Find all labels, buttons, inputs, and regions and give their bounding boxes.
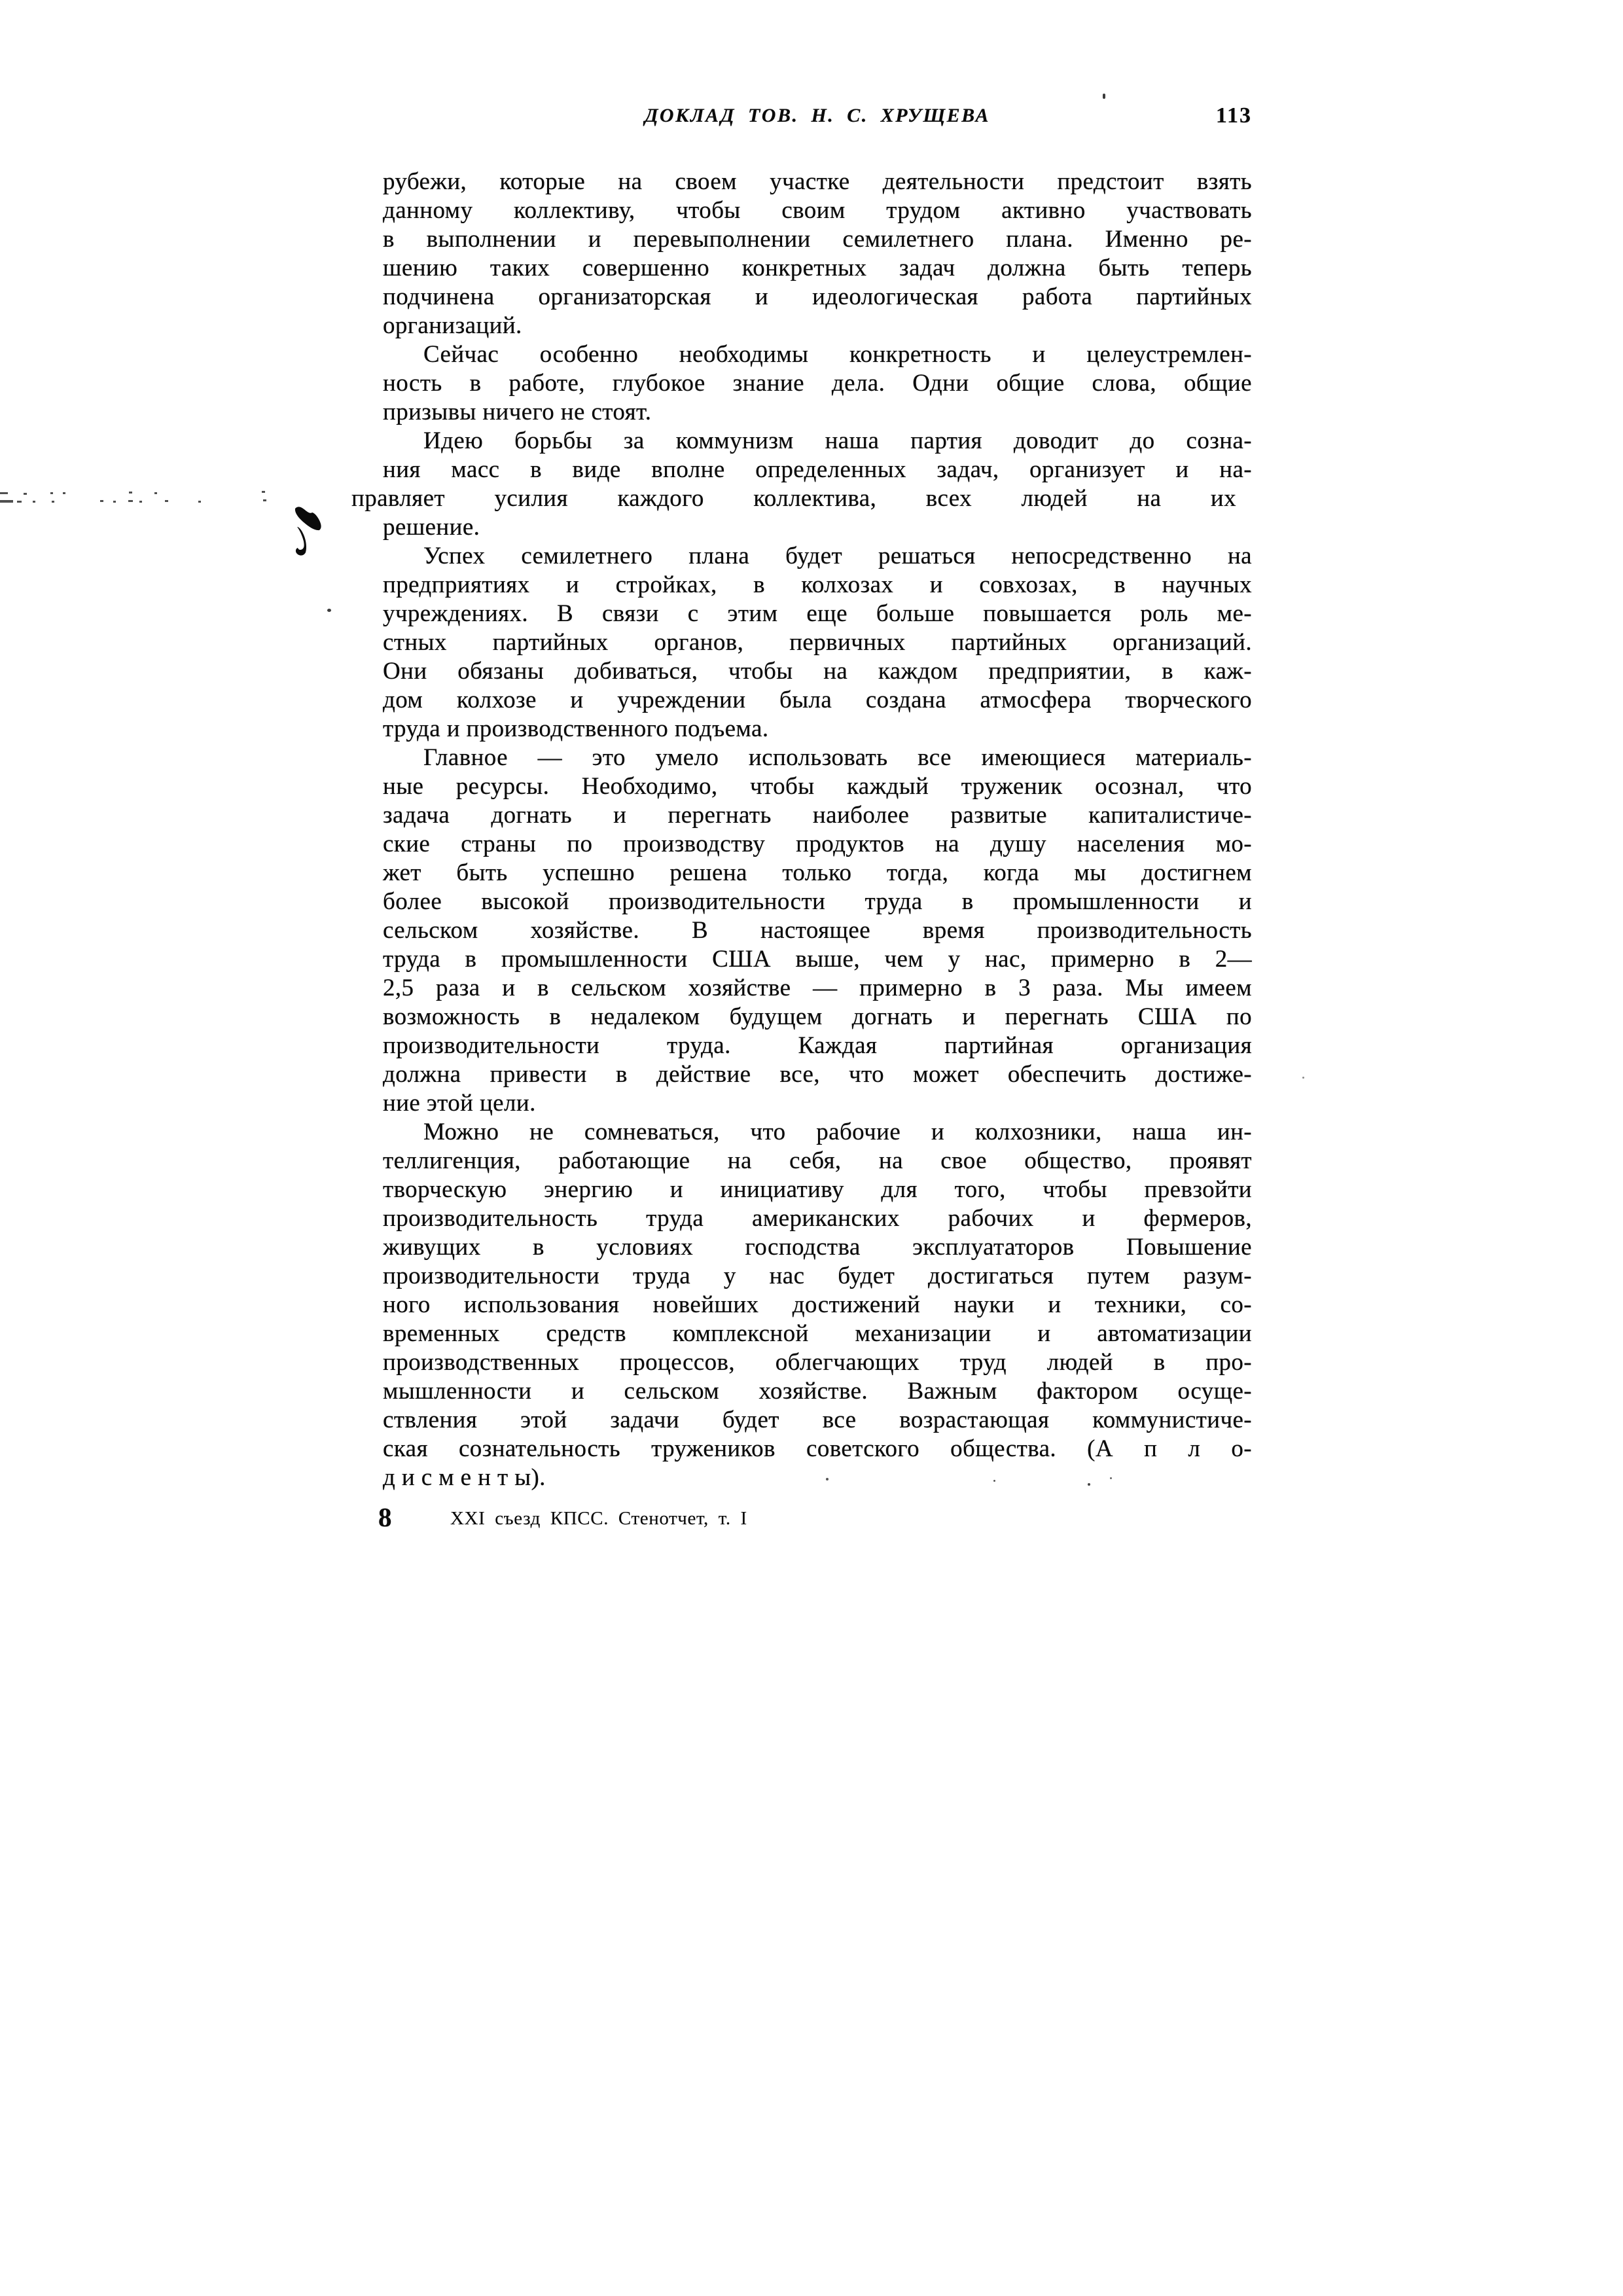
footer: 8 XXI съезд КПСС. Стенотчет, т. I [378,1501,1249,1538]
scan-speck [1088,1483,1090,1486]
text-line: временных средств комплексной механизаци… [383,1319,1252,1348]
text-line: рубежи, которые на своем участке деятель… [383,168,1252,196]
scan-speck [826,1478,829,1480]
text-line: предприятиях и стройках, в колхозах и со… [383,571,1252,600]
text-line: организаций. [383,312,1252,340]
text-line: сельском хозяйстве. В настоящее время пр… [383,916,1252,945]
text-line: мышленности и сельском хозяйстве. Важным… [383,1377,1252,1406]
document-page: ДОКЛАД ТОВ. Н. С. ХРУЩЕВА 113 рубежи, ко… [0,0,1623,2296]
text-line: решение. [383,513,1252,542]
running-header-title: ДОКЛАД ТОВ. Н. С. ХРУЩЕВА [383,105,1252,127]
text-line: ствления этой задачи будет все возрастаю… [383,1406,1252,1435]
text-line: Можно не сомневаться, что рабочие и колх… [383,1118,1252,1147]
page-number: 113 [1216,103,1252,128]
text-line: Успех семилетнего плана будет решаться н… [383,542,1252,571]
text-line: учреждениях. В связи с этим еще больше п… [383,600,1252,628]
text-line: ного использования новейших достижений н… [383,1291,1252,1319]
text-line: более высокой производительности труда в… [383,888,1252,916]
text-line: должна привести в действие все, что може… [383,1060,1252,1089]
handwritten-ink-mark-icon [293,505,325,558]
text-line: правляет усилия каждого коллектива, всех… [351,484,1252,513]
text-line: подчинена организаторская и идеологическ… [383,283,1252,312]
text-line: производительность труда американских ра… [383,1204,1252,1233]
text-line: производительности труда. Каждая партийн… [383,1031,1252,1060]
scan-speck [1110,1477,1112,1479]
text-line: жет быть успешно решена только тогда, ко… [383,859,1252,888]
text-line: ные ресурсы. Необходимо, чтобы каждый тр… [383,772,1252,801]
text-line: дом колхозе и учреждении была создана ат… [383,686,1252,715]
text-line: живущих в условиях господства эксплуатат… [383,1233,1252,1262]
text-line: Главное — это умело использовать все име… [383,744,1252,772]
running-header: ДОКЛАД ТОВ. Н. С. ХРУЩЕВА 113 [383,105,1252,135]
text-line: творческую энергию и инициативу для того… [383,1175,1252,1204]
body-text: рубежи, которые на своем участке деятель… [383,168,1252,1492]
text-line: 2,5 раза и в сельском хозяйстве — пример… [383,974,1252,1003]
text-line: ские страны по производству продуктов на… [383,830,1252,859]
text-line: труда в промышленности США выше, чем у н… [383,945,1252,974]
text-line: задача догнать и перегнать наиболее разв… [383,801,1252,830]
text-line: теллигенция, работающие на себя, на свое… [383,1147,1252,1175]
text-line: производительности труда у нас будет дос… [383,1262,1252,1291]
text-line: ность в работе, глубокое знание дела. Од… [383,369,1252,398]
text-line: ние этой цели. [383,1089,1252,1118]
text-line: ния масс в виде вполне определенных зада… [383,456,1252,484]
text-line: Они обязаны добиваться, чтобы на каждом … [383,657,1252,686]
text-line: ская сознательность тружеников советског… [383,1435,1252,1463]
scan-speck [327,609,331,612]
text-line: д и с м е н т ы). [383,1463,1252,1492]
text-line: стных партийных органов, первичных парти… [383,628,1252,657]
signature-number: 8 [378,1501,392,1533]
scan-speck [1302,1077,1304,1079]
text-line: данному коллективу, чтобы своим трудом а… [383,196,1252,225]
text-line: Сейчас особенно необходимы конкретность … [383,340,1252,369]
text-line: возможность в недалеком будущем догнать … [383,1003,1252,1031]
scan-speck [993,1480,995,1482]
text-line: призывы ничего не стоят. [383,398,1252,427]
scan-speck [1103,94,1105,99]
text-line: Идею борьбы за коммунизм наша партия дов… [383,427,1252,456]
text-line: в выполнении и перевыполнении семилетнег… [383,225,1252,254]
text-line: труда и производственного подъема. [383,715,1252,744]
text-line: шению таких совершенно конкретных задач … [383,254,1252,283]
edition-note: XXI съезд КПСС. Стенотчет, т. I [450,1508,747,1530]
text-line: производственных процессов, облегчающих … [383,1348,1252,1377]
